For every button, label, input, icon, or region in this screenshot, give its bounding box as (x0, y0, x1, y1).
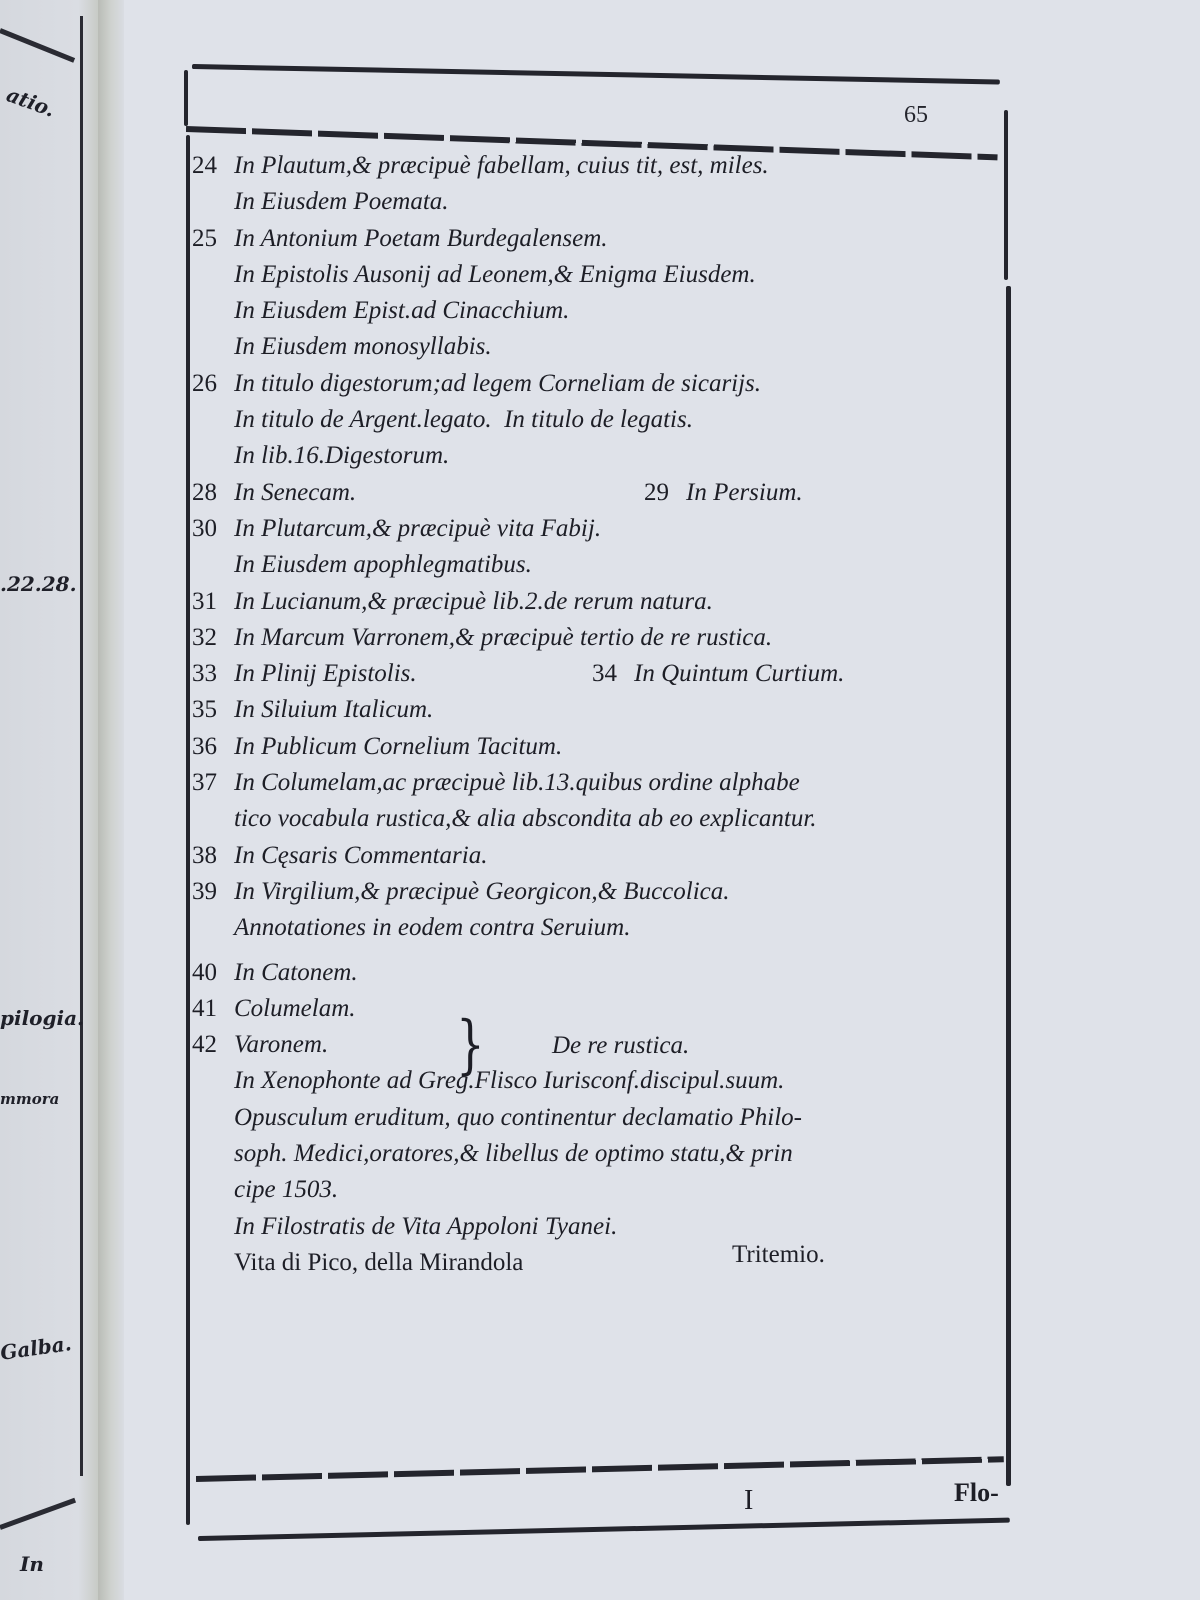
entry-line: 35In Siluium Italicum. (192, 692, 992, 728)
entry-text: In Plautum,& præcipuè fabellam, cuius ti… (234, 152, 769, 179)
entry-line: 41Columelam. (192, 991, 992, 1027)
entry-text: soph. Medici,oratores,& libellus de opti… (234, 1140, 793, 1167)
entry-text: In Marcum Varronem,& præcipuè tertio de … (234, 624, 772, 651)
entry-number: 24 (192, 148, 234, 184)
entry-text: In Lucianum,& præcipuè lib.2.de rerum na… (234, 588, 713, 615)
entry-line: soph. Medici,oratores,& libellus de opti… (192, 1136, 992, 1172)
entry-line: In Eiusdem Poemata. (192, 184, 992, 220)
frame-right-rule (1004, 110, 1008, 280)
frame-right-rule (1006, 286, 1011, 1486)
entry-line: 26In titulo digestorum;ad legem Cornelia… (192, 366, 992, 402)
entry-line: cipe 1503. (192, 1172, 992, 1208)
entry-text: In Publicum Cornelium Tacitum. (234, 733, 562, 760)
entry-number: 26 (192, 366, 234, 402)
entry-line: Annotationes in eodem contra Seruium. (192, 910, 992, 946)
entry-number: 29 (644, 475, 686, 511)
left-page-fragment: atio. (3, 82, 58, 122)
entry-line: 37In Columelam,ac præcipuè lib.13.quibus… (192, 765, 992, 801)
entry-text: In Antonium Poetam Burdegalensem. (234, 225, 608, 252)
entry-line: 32In Marcum Varronem,& præcipuè tertio d… (192, 620, 992, 656)
entry-number: 34 (592, 656, 634, 692)
entry-number: 38 (192, 838, 234, 874)
entry-number: 32 (192, 620, 234, 656)
signature-mark: I (744, 1485, 753, 1517)
entry-text: Varonem. (234, 1031, 328, 1058)
entry-line: In Eiusdem apophlegmatibus. (192, 547, 992, 583)
entry-number: 28 (192, 475, 234, 511)
entry-line: Vita di Pico, della Mirandola Tritemio. (192, 1245, 992, 1281)
entry-line: In Xenophonte ad Greg.Flisco Iurisconf.d… (192, 1063, 992, 1099)
entry-line: 33In Plinij Epistolis. 34In Quintum Curt… (192, 656, 992, 692)
entry-number: 39 (192, 874, 234, 910)
entry-line: 31In Lucianum,& præcipuè lib.2.de rerum … (192, 584, 992, 620)
entry-text: In Cęsaris Commentaria. (234, 842, 487, 869)
entry-text: In Filostratis de Vita Appoloni Tyanei. (234, 1213, 617, 1240)
entry-text: In Senecam. (234, 479, 356, 506)
left-page-fragment: pilogia. (0, 1006, 84, 1030)
entry-text: In Persium. (686, 479, 803, 506)
entry-text: In Eiusdem Epist.ad Cinacchium. (234, 297, 569, 324)
entry-line: 39In Virgilium,& præcipuè Georgicon,& Bu… (192, 874, 992, 910)
left-page-fragment: mmora (0, 1090, 59, 1108)
entry-line: 25In Antonium Poetam Burdegalensem. (192, 221, 992, 257)
curly-brace-icon: } (456, 1013, 485, 1077)
entry-text: In Catonem. (234, 959, 358, 986)
entry-text: Annotationes in eodem contra Seruium. (234, 914, 630, 941)
frame-left-rule (186, 135, 190, 1525)
entry-line: 38In Cęsaris Commentaria. (192, 838, 992, 874)
entry-text: In Epistolis Ausonij ad Leonem,& Enigma … (234, 261, 756, 288)
left-page-bottom-rule (0, 1498, 76, 1530)
entry-line: In lib.16.Digestorum. (192, 438, 992, 474)
entry-line: In Epistolis Ausonij ad Leonem,& Enigma … (192, 257, 992, 293)
page-number: 65 (904, 102, 928, 129)
entry-text: Tritemio. (732, 1241, 825, 1268)
entry-line: 28In Senecam. 29In Persium. (192, 475, 992, 511)
entry-number: 35 (192, 692, 234, 728)
entry-number: 25 (192, 221, 234, 257)
entry-number: 33 (192, 656, 234, 692)
entry-text: In titulo de Argent.legato. In titulo de… (234, 406, 693, 433)
entry-line: tico vocabula rustica,& alia abscondita … (192, 801, 992, 837)
entry-text: In Quintum Curtium. (634, 660, 844, 687)
entry-text: In Xenophonte ad Greg.Flisco Iurisconf.d… (234, 1067, 784, 1094)
entry-number: 31 (192, 584, 234, 620)
entry-line: 24In Plautum,& præcipuè fabellam, cuius … (192, 148, 992, 184)
entry-number: 40 (192, 955, 234, 991)
entry-text: In Virgilium,& præcipuè Georgicon,& Bucc… (234, 878, 730, 905)
entry-text: cipe 1503. (234, 1176, 338, 1203)
entry-line: In Eiusdem Epist.ad Cinacchium. (192, 293, 992, 329)
entry-number: 41 (192, 991, 234, 1027)
entry-text: In Plutarcum,& præcipuè vita Fabij. (234, 515, 601, 542)
entry-text: In Eiusdem apophlegmatibus. (234, 551, 532, 578)
entry-text: In titulo digestorum;ad legem Corneliam … (234, 370, 761, 397)
catchword: Flo- (954, 1478, 999, 1508)
entry-text: In Eiusdem monosyllabis. (234, 333, 492, 360)
entry-text: In Eiusdem Poemata. (234, 188, 449, 215)
frame-top-rule (192, 64, 1000, 85)
entry-number: 36 (192, 729, 234, 765)
entry-number: 30 (192, 511, 234, 547)
left-page-fragment: .22.28. (0, 572, 77, 596)
facing-page-left: atio. .22.28. pilogia. mmora Galba. In (0, 0, 98, 1600)
entry-text: In Columelam,ac præcipuè lib.13.quibus o… (234, 769, 800, 796)
entry-text: In Siluium Italicum. (234, 696, 433, 723)
entry-number: 37 (192, 765, 234, 801)
frame-bottom-rule (198, 1518, 1010, 1541)
entry-list: 24In Plautum,& præcipuè fabellam, cuius … (192, 148, 992, 1281)
frame-footer-rule (196, 1456, 1004, 1482)
entry-text: In Plinij Epistolis. (234, 660, 417, 687)
left-page-top-rule (0, 28, 75, 63)
left-page-fragment: Galba. (0, 1331, 73, 1365)
entry-text: tico vocabula rustica,& alia abscondita … (234, 805, 817, 832)
entry-line: In Eiusdem monosyllabis. (192, 329, 992, 365)
entry-text: Columelam. (234, 995, 356, 1022)
entry-line: 30In Plutarcum,& præcipuè vita Fabij. (192, 511, 992, 547)
frame-left-rule (184, 70, 188, 126)
entry-line: In Filostratis de Vita Appoloni Tyanei. (192, 1209, 992, 1245)
entry-text: Opusculum eruditum, quo continentur decl… (234, 1104, 802, 1131)
left-page-border (80, 16, 83, 1476)
brace-label: De re rustica. (552, 1028, 689, 1064)
entry-number: 42 (192, 1027, 234, 1063)
entry-line: Opusculum eruditum, quo continentur decl… (192, 1100, 992, 1136)
entry-line: 40In Catonem. (192, 955, 992, 991)
book-page: 65 24In Plautum,& præcipuè fabellam, cui… (124, 0, 1200, 1600)
entry-text: In lib.16.Digestorum. (234, 442, 449, 469)
entry-line: In titulo de Argent.legato. In titulo de… (192, 402, 992, 438)
entry-text: Vita di Pico, della Mirandola (234, 1249, 523, 1276)
entry-line: 36In Publicum Cornelium Tacitum. (192, 729, 992, 765)
book-gutter (98, 0, 124, 1600)
left-page-fragment: In (20, 1552, 44, 1576)
